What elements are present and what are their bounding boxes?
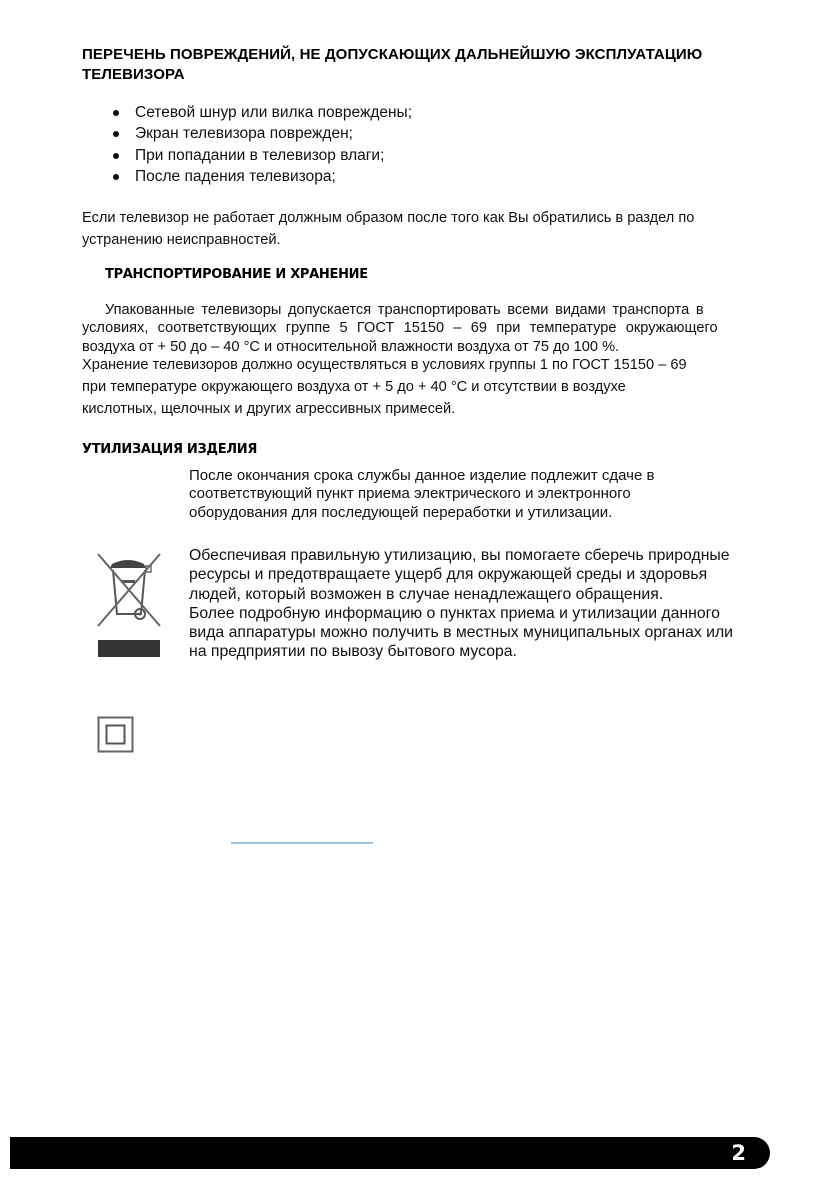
storage-line: при температуре окружающего воздуха от +…	[82, 375, 772, 398]
disposal-paragraph-1: После окончания срока службы данное изде…	[189, 467, 654, 522]
bullet-icon	[113, 131, 119, 137]
disposal-line: на предприятии по вывозу бытового мусора…	[189, 642, 733, 661]
damage-title-line-2: ТЕЛЕВИЗОРА	[82, 65, 702, 85]
disposal-line: ресурсы и предотвращаете ущерб для окруж…	[189, 565, 733, 584]
disposal-line: Обеспечивая правильную утилизацию, вы по…	[189, 546, 733, 565]
bullet-icon	[113, 110, 119, 116]
link-underline	[231, 842, 373, 844]
transport-section-title: ТРАНСПОРТИРОВАНИЕ И ХРАНЕНИЕ	[105, 266, 368, 284]
disposal-line: вида аппаратуры можно получить в местных…	[189, 623, 733, 642]
list-item: При попадании в телевизор влаги;	[82, 145, 412, 166]
disposal-line: Более подробную информацию о пунктах при…	[189, 604, 733, 623]
transport-paragraph: Упакованные телевизоры допускается транс…	[82, 301, 772, 420]
damage-section-title: ПЕРЕЧЕНЬ ПОВРЕЖДЕНИЙ, НЕ ДОПУСКАЮЩИХ ДАЛ…	[82, 45, 702, 85]
weee-bin-icon	[94, 550, 164, 660]
disposal-section-title: УТИЛИЗАЦИЯ ИЗДЕЛИЯ	[82, 441, 257, 459]
disposal-line: соответствующий пункт приема электрическ…	[189, 485, 654, 503]
list-item: Экран телевизора поврежден;	[82, 123, 412, 144]
damage-list: Сетевой шнур или вилка повреждены; Экран…	[82, 102, 412, 187]
note-line: устранению неисправностей.	[82, 229, 694, 251]
list-item: Сетевой шнур или вилка повреждены;	[82, 102, 412, 123]
transport-line: условиях, соответствующих группе 5 ГОСТ …	[82, 319, 772, 337]
page-number: 2	[731, 1140, 746, 1166]
footer-bar: 2	[10, 1137, 770, 1169]
disposal-line: После окончания срока службы данное изде…	[189, 467, 654, 485]
transport-line: воздуха от + 50 до – 40 °С и относительн…	[82, 338, 772, 356]
double-insulation-icon	[92, 712, 138, 758]
note-line: Если телевизор не работает должным образ…	[82, 207, 694, 229]
bullet-icon	[113, 174, 119, 180]
troubleshooting-note: Если телевизор не работает должным образ…	[82, 207, 694, 251]
bullet-icon	[113, 153, 119, 159]
list-item: После падения телевизора;	[82, 166, 412, 187]
disposal-line: людей, который возможен в случае ненадле…	[189, 585, 733, 604]
transport-line: Упакованные телевизоры допускается транс…	[82, 301, 772, 319]
storage-line: кислотных, щелочных и других агрессивных…	[82, 397, 772, 420]
disposal-line: оборудования для последующей переработки…	[189, 504, 654, 522]
storage-line: Хранение телевизоров должно осуществлять…	[82, 356, 772, 375]
damage-title-line-1: ПЕРЕЧЕНЬ ПОВРЕЖДЕНИЙ, НЕ ДОПУСКАЮЩИХ ДАЛ…	[82, 45, 702, 65]
disposal-paragraph-2: Обеспечивая правильную утилизацию, вы по…	[189, 546, 733, 662]
